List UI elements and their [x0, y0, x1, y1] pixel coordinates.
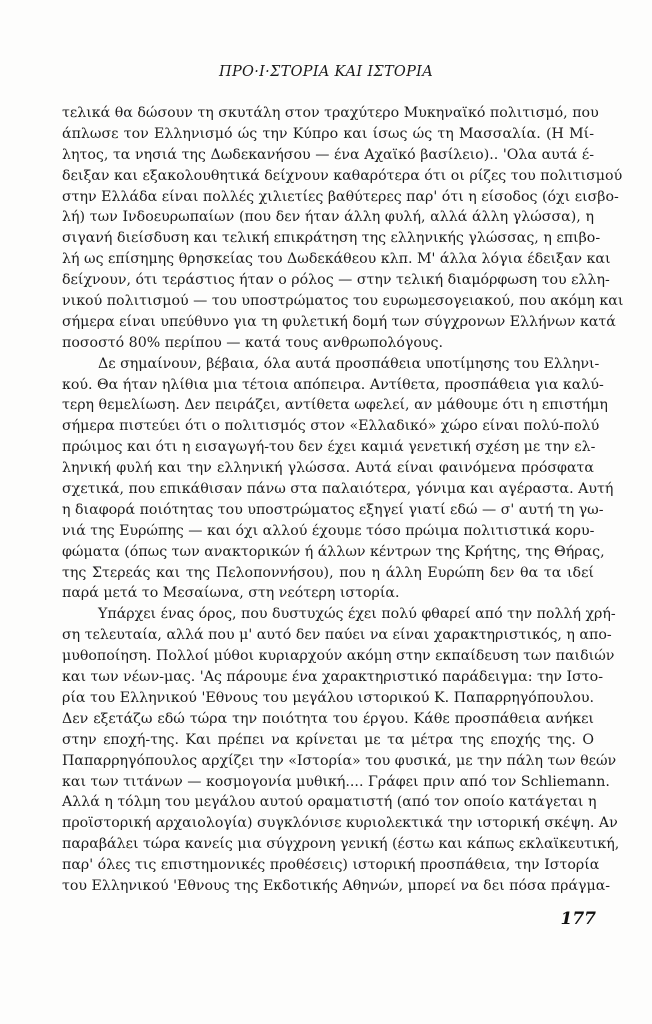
text-line: νικού πολιτισμού — του υποστρώματος του …: [62, 291, 594, 312]
text-line: προϊστορική αρχαιολογία) συγκλόνισε κυρι…: [62, 813, 594, 834]
text-line: ποσοστό 80% περίπου — κατά τους ανθρωπολ…: [62, 333, 594, 354]
text-line: δειξαν και εξακολουθητικά δείχνουν καθαρ…: [62, 166, 594, 187]
text-line: Παπαρρηγόπουλος αρχίζει την «Ιστορία» το…: [62, 751, 594, 772]
text-line: ση τελευταία, αλλά που μ' αυτό δεν παύει…: [62, 625, 594, 646]
text-line: σχετικά, που επικάθισαν πάνω στα παλαιότ…: [62, 479, 594, 500]
text-line: και των τιτάνων — κοσμογονία μυθική.... …: [62, 772, 594, 793]
page-number: 177: [548, 909, 596, 929]
text-line: ρία του Ελληνικού 'Εθνους του μεγάλου ισ…: [62, 688, 594, 709]
book-page: ΠΡΟ·Ι·ΣΤΟΡΙΑ ΚΑΙ ΙΣΤΟΡΙΑ τελικά θα δώσου…: [0, 0, 652, 1024]
text-line: παρ' όλες τις επιστημονικές προθέσεις) ι…: [62, 855, 594, 876]
text-line: παραβάλει τώρα κανείς μια σύγχρονη γενικ…: [62, 834, 594, 855]
text-line: λητος, τα νησιά της Δωδεκανήσου — ένα Αχ…: [62, 145, 594, 166]
paragraph-1: τελικά θα δώσουν τη σκυτάλη στον τραχύτε…: [62, 103, 594, 354]
text-line: τερη θεμελίωση. Δεν πειράζει, αντίθετα ω…: [62, 395, 594, 416]
text-line: μυθοποίηση. Πολλοί μύθοι κυριαρχούν ακόμ…: [62, 646, 594, 667]
text-line: σήμερα πιστεύει ότι ο πολιτισμός στον «Ε…: [62, 416, 594, 437]
text-line: παρά μετά το Μεσαίωνα, στη νεότερη ιστορ…: [62, 583, 594, 604]
text-line: της Στερεάς και της Πελοποννήσου), που η…: [62, 563, 594, 584]
text-line: νιά της Ευρώπης — και όχι αλλού έχουμε τ…: [62, 521, 594, 542]
text-line: στην εποχή-της. Και πρέπει να κρίνεται μ…: [62, 730, 594, 751]
text-line: Δε σημαίνουν, βέβαια, όλα αυτά προσπάθει…: [62, 354, 594, 375]
text-line: Αλλά η τόλμη του μεγάλου αυτού οραματιστ…: [62, 792, 594, 813]
text-line: τελικά θα δώσουν τη σκυτάλη στον τραχύτε…: [62, 103, 594, 124]
text-line: λή ως επίσημης θρησκείας του Δωδεκάθεου …: [62, 249, 594, 270]
body-text: τελικά θα δώσουν τη σκυτάλη στον τραχύτε…: [62, 103, 594, 897]
text-line: φώματα (όπως των ανακτορικών ή άλλων κέν…: [62, 542, 594, 563]
text-line: ληνική φυλή και την ελληνική γλώσσα. Αυτ…: [62, 458, 594, 479]
text-line: και των νέων-μας. 'Ας πάρουμε ένα χαρακτ…: [62, 667, 594, 688]
text-line: του Ελληνικού 'Εθνους της Εκδοτικής Αθην…: [62, 876, 594, 897]
text-line: η διαφορά ποιότητας του υποστρώματος εξη…: [62, 500, 594, 521]
text-line: άπλωσε τον Ελληνισμό ώς την Κύπρο και ίσ…: [62, 124, 594, 145]
text-line: Υπάρχει ένας όρος, που δυστυχώς έχει πολ…: [62, 604, 594, 625]
text-line: στην Ελλάδα είναι πολλές χιλιετίες βαθύτ…: [62, 187, 594, 208]
text-line: λή) των Ινδοευρωπαίων (που δεν ήταν άλλη…: [62, 207, 594, 228]
paragraph-3: Υπάρχει ένας όρος, που δυστυχώς έχει πολ…: [62, 604, 594, 896]
text-line: σιγανή διείσδυση και τελική επικράτηση τ…: [62, 228, 594, 249]
text-line: πρώιμος και ότι η εισαγωγή-του δεν έχει …: [62, 437, 594, 458]
text-line: σήμερα είναι υπεύθυνο για τη φυλετική δο…: [62, 312, 594, 333]
text-line: Δεν εξετάζω εδώ τώρα την ποιότητα του έρ…: [62, 709, 594, 730]
text-line: δείχνουν, ότι τεράστιος ήταν ο ρόλος — σ…: [62, 270, 594, 291]
running-head: ΠΡΟ·Ι·ΣΤΟΡΙΑ ΚΑΙ ΙΣΤΟΡΙΑ: [0, 64, 652, 80]
text-line: κού. Θα ήταν ηλίθια μια τέτοια απόπειρα.…: [62, 375, 594, 396]
paragraph-2: Δε σημαίνουν, βέβαια, όλα αυτά προσπάθει…: [62, 354, 594, 605]
